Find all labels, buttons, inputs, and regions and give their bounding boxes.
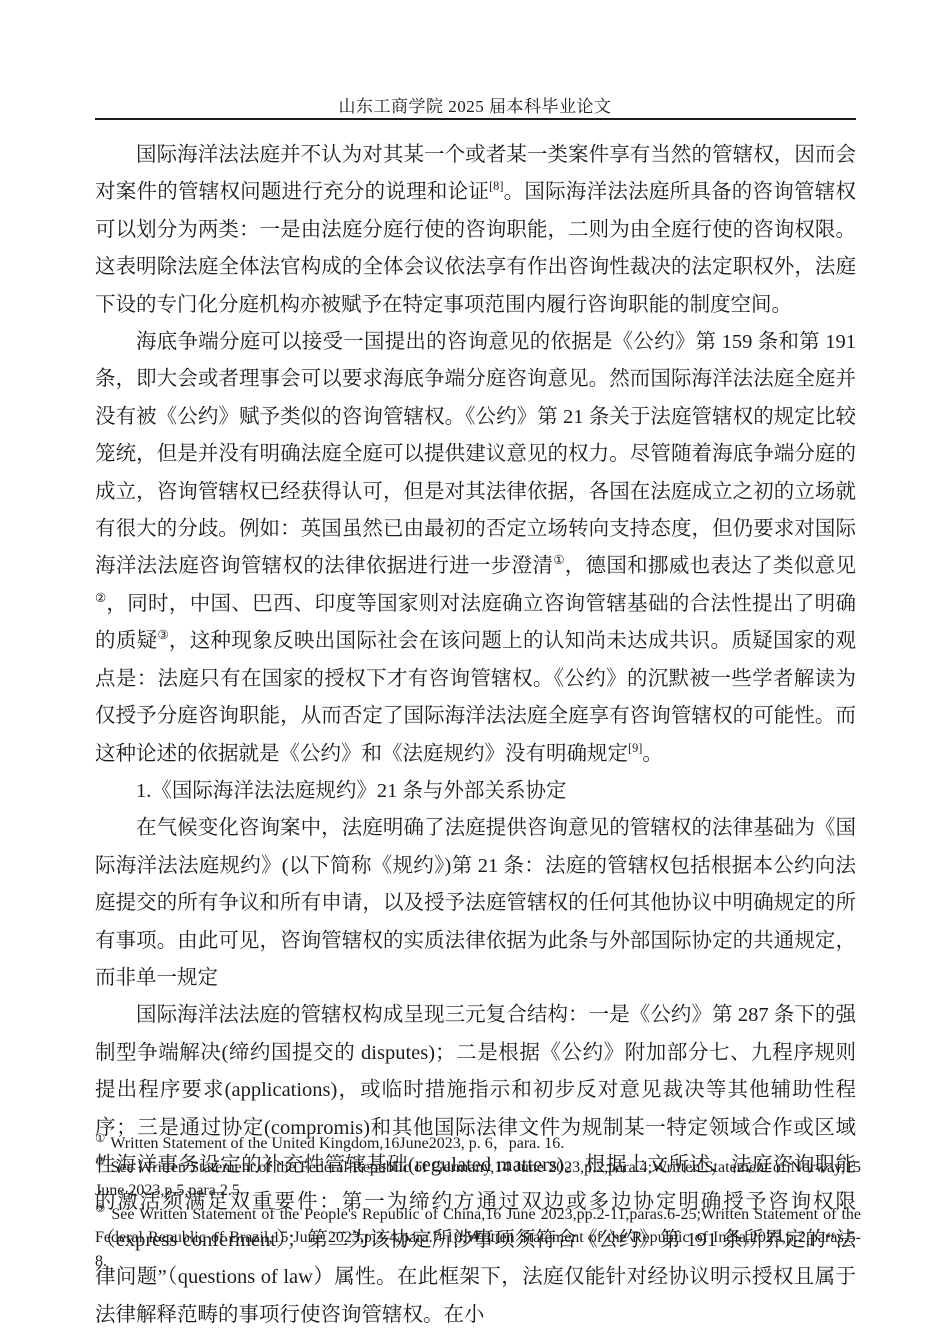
footnote-2: ②See Written Statement of the Federal Re… <box>95 1156 861 1203</box>
footnotes: ①Written Statement of the United Kingdom… <box>95 1132 861 1273</box>
footnote-ref: ① <box>553 554 564 568</box>
paragraph-seabed-chamber: 海底争端分庭可以接受一国提出的咨询意见的依据是《公约》第 159 条和第 191… <box>95 324 856 773</box>
footnote-ref: [8] <box>489 180 503 194</box>
page-header-title: 山东工商学院 2025 届本科毕业论文 <box>0 92 950 117</box>
paragraph-jurisdiction-overview: 国际海洋法法庭并不认为对其某一个或者某一类案件享有当然的管辖权，因而会对案件的管… <box>95 137 856 324</box>
footnote-ref: ③ <box>158 628 169 642</box>
header-rule <box>95 118 856 120</box>
footnote-ref: ② <box>95 591 106 605</box>
paragraph-climate-advisory-case: 在气候变化咨询案中，法庭明确了法庭提供咨询意见的管辖权的法律基础为《国际海洋法法… <box>95 810 856 997</box>
footnote-1: ①Written Statement of the United Kingdom… <box>95 1132 861 1156</box>
footnote-marker: ③ <box>95 1203 111 1215</box>
footnote-marker: ① <box>95 1133 110 1145</box>
page-number: 4 <box>0 1226 950 1246</box>
section-heading-statute-article-21: 1.《国际海洋法法庭规约》21 条与外部关系协定 <box>95 773 856 810</box>
footnote-ref: [9] <box>628 741 642 755</box>
footnote-marker: ② <box>95 1156 111 1168</box>
thesis-page: 山东工商学院 2025 届本科毕业论文 国际海洋法法庭并不认为对其某一个或者某一… <box>0 0 950 1344</box>
